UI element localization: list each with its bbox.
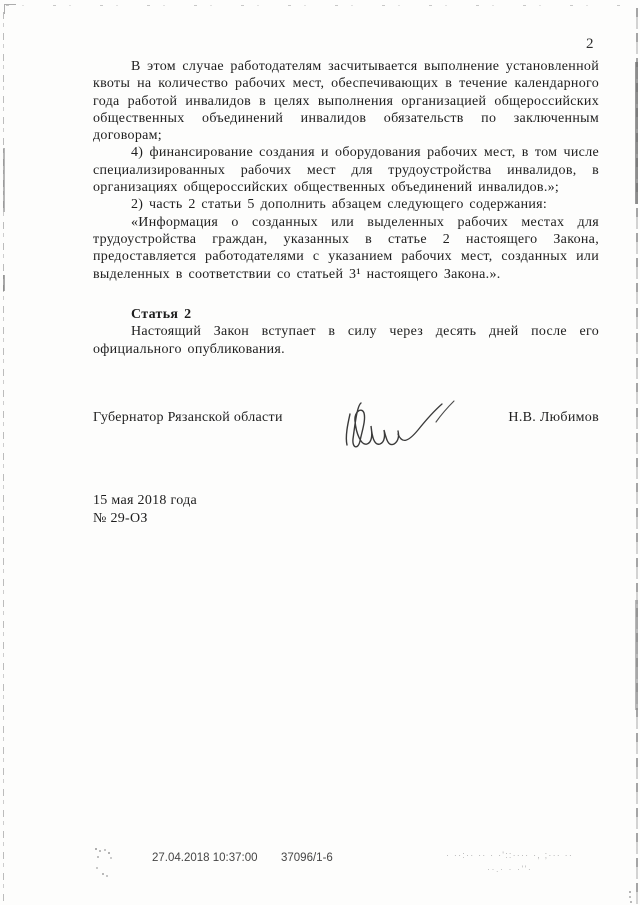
document-page: 2 В этом случае работодателям засчитывае… [0,0,640,905]
scan-artifact-left-edge [3,12,4,905]
article-2-section: Статья 2 Настоящий Закон вступает в силу… [93,306,599,358]
governor-name: Н.В. Любимов [508,410,599,426]
paragraph: 4) финансирование создания и оборудовани… [93,144,599,196]
scan-artifact-smudge [95,848,97,850]
paragraph: В этом случае работодателям засчитываетс… [93,58,599,144]
page-number: 2 [586,36,594,53]
signature [336,394,466,460]
scan-artifact-right-dark [635,600,638,710]
governor-title: Губернатор Рязанской области [93,410,283,426]
footer-doc-id: 37096/1-6 [281,852,333,864]
faint-stamp-line: · ··:·· ·· · ·'::···· ·, ;··· ·· [446,850,601,860]
article-text: Настоящий Закон вступает в силу через де… [93,323,599,358]
paragraph: 2) часть 2 статьи 5 дополнить абзацем сл… [93,196,599,213]
scan-artifact-left-dark [3,148,5,212]
scan-artifact-top-left-corner [4,4,16,14]
scan-artifact-right-dark [635,62,638,204]
faint-stamp-line: ··.· · ·''· [487,864,567,874]
article-heading: Статья 2 [93,306,599,323]
document-number: № 29-ОЗ [93,510,197,528]
scan-artifact-bottom-right [629,891,631,893]
document-date: 15 мая 2018 года [93,492,197,510]
document-body: В этом случае работодателям засчитываетс… [93,58,599,283]
paragraph: «Информация о созданных или выделенных р… [93,214,599,283]
scan-artifact-top-edge [6,5,632,6]
date-block: 15 мая 2018 года № 29-ОЗ [93,492,197,527]
scan-artifact-left-dark [3,275,5,291]
footer-timestamp: 27.04.2018 10:37:00 [152,852,258,864]
